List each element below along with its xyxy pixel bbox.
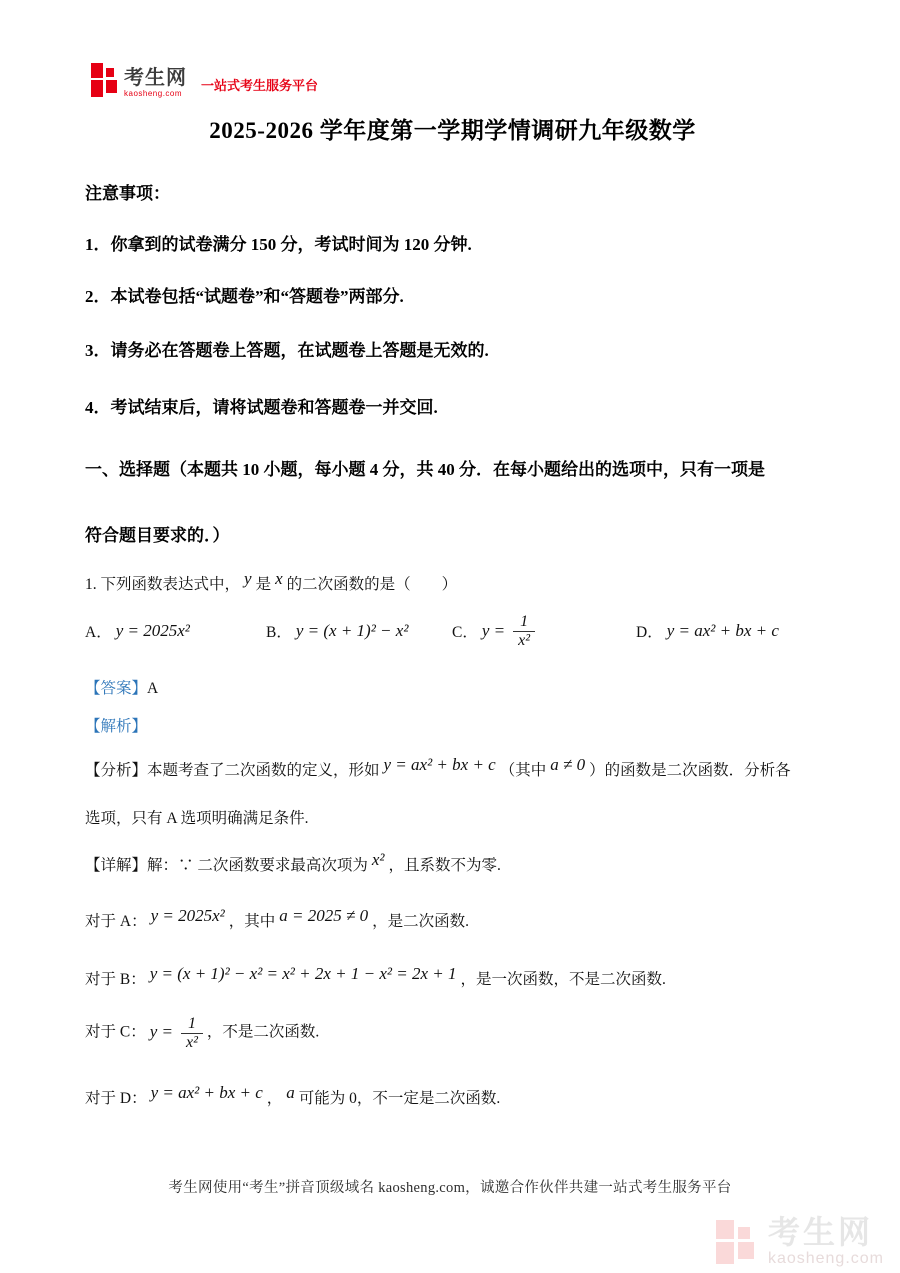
option-d: D．y = ax² + bx + c (636, 620, 820, 642)
detail-c-formula-prefix: y = (150, 1022, 173, 1041)
option-d-formula: y = ax² + bx + c (667, 621, 779, 641)
detail-text: 对于 D： (85, 1090, 147, 1107)
option-a-label: A． (85, 620, 112, 642)
explanation-line: 【解析】 (85, 716, 820, 738)
option-c: C．y =1x² (452, 613, 636, 649)
analysis-paragraph-1: 【分析】本题考查了二次函数的定义，形如y = ax² + bx + c（其中a … (85, 758, 820, 783)
detail-text: 可能为 0，不一定是二次函数. (299, 1090, 501, 1107)
detail-a-formula: y = 2025x² (151, 904, 225, 929)
stem-text: 的二次函数的是（ ） (287, 576, 458, 593)
analysis-formula-quadratic: y = ax² + bx + c (384, 753, 496, 778)
kaosheng-logo-icon (91, 62, 119, 98)
watermark-block (738, 1227, 750, 1239)
option-a-formula: y = 2025x² (116, 621, 190, 641)
kaosheng-watermark-icon (716, 1219, 758, 1265)
watermark-text: 考生网 kaosheng.com (768, 1216, 884, 1267)
notice-item-2: 2．本试卷包括“试题卷”和“答题卷”两部分. (85, 286, 820, 309)
kaosheng-logo: 考生网 kaosheng.com 一站式考生服务平台 (91, 56, 820, 98)
notice-heading: 注意事项： (85, 183, 820, 206)
page-title: 2025-2026 学年度第一学期学情调研九年级数学 (85, 112, 820, 145)
watermark-block (716, 1242, 734, 1264)
notice-item-1: 1．你拿到的试卷满分 150 分，考试时间为 120 分钟. (85, 234, 820, 257)
explanation-tag: 【解析】 (85, 718, 147, 735)
detail-intro: 【详解】解：∵ 二次函数要求最高次项为x²，且系数不为零. (85, 853, 820, 878)
notice-item-3: 3．请务必在答题卷上答题，在试题卷上答题是无效的. (85, 340, 820, 363)
option-c-formula-prefix: y = (482, 621, 505, 641)
fraction-numerator: 1 (515, 613, 533, 631)
question-1-stem: 1. 下列函数表达式中，y是x的二次函数的是（ ） (85, 572, 820, 597)
logo-domain: kaosheng.com (124, 90, 187, 98)
kaosheng-watermark: 考生网 kaosheng.com (716, 1216, 884, 1267)
answer-line: 【答案】A (85, 678, 820, 700)
detail-option-b: 对于 B：y = (x + 1)² − x² = x² + 2x + 1 − x… (85, 967, 820, 992)
notice-item-4: 4．考试结束后，请将试题卷和答题卷一并交回. (85, 397, 820, 420)
stem-text: 1. 下列函数表达式中， (85, 576, 240, 593)
logo-block (106, 80, 117, 93)
detail-text: ，不是二次函数. (207, 1024, 319, 1041)
detail-b-formula: y = (x + 1)² − x² = x² + 2x + 1 − x² = 2… (150, 962, 457, 987)
section-header-line1: 一、选择题（本题共 10 小题，每小题 4 分，共 40 分．在每小题给出的选项… (85, 459, 820, 482)
logo-block (91, 63, 103, 78)
option-c-label: C． (452, 620, 478, 642)
detail-text: 【详解】解：∵ 二次函数要求最高次项为 (85, 857, 368, 874)
logo-block (106, 68, 114, 77)
option-b: B．y = (x + 1)² − x² (266, 620, 452, 642)
stem-text: 是 (256, 576, 272, 593)
analysis-paragraph-2: 选项，只有 A 选项明确满足条件. (85, 808, 820, 830)
analysis-text: 【分析】本题考查了二次函数的定义，形如 (85, 762, 380, 779)
detail-text: ， (267, 1090, 283, 1107)
logo-tagline: 一站式考生服务平台 (201, 75, 318, 98)
detail-option-d: 对于 D：y = ax² + bx + c，a可能为 0，不一定是二次函数. (85, 1086, 820, 1111)
fraction-denominator: x² (513, 631, 535, 650)
detail-option-a: 对于 A：y = 2025x²，其中a = 2025 ≠ 0，是二次函数. (85, 909, 820, 934)
watermark-name: 考生网 (768, 1216, 884, 1248)
option-b-label: B． (266, 620, 292, 642)
analysis-formula-condition: a ≠ 0 (550, 753, 585, 778)
fraction-denominator: x² (181, 1033, 203, 1052)
detail-d-formula: y = ax² + bx + c (151, 1081, 263, 1106)
detail-text: 对于 B： (85, 971, 146, 988)
option-d-label: D． (636, 620, 663, 642)
section-header-line2: 符合题目要求的．） (85, 525, 820, 548)
analysis-text: （其中 (500, 762, 547, 779)
stem-variable-y: y (244, 567, 252, 592)
detail-c-fraction: 1x² (181, 1015, 203, 1051)
detail-text: 对于 C： (85, 1024, 146, 1041)
detail-text: ，是一次函数，不是二次函数. (461, 971, 666, 988)
logo-text: 考生网 kaosheng.com (124, 68, 187, 98)
detail-text: ，且系数不为零. (389, 857, 501, 874)
analysis-text: ）的函数是二次函数．分析各 (589, 762, 791, 779)
question-1-options: A．y = 2025x² B．y = (x + 1)² − x² C．y =1x… (85, 604, 820, 658)
logo-block (91, 80, 103, 97)
fraction-numerator: 1 (183, 1015, 201, 1033)
exam-document-page: 考生网 kaosheng.com 一站式考生服务平台 2025-2026 学年度… (0, 0, 900, 1273)
detail-text: ，其中 (229, 913, 276, 930)
stem-variable-x: x (275, 567, 283, 592)
detail-option-c: 对于 C：y =1x²，不是二次函数. (85, 1015, 820, 1051)
detail-formula-x-squared: x² (372, 848, 385, 873)
detail-text: 对于 A： (85, 913, 147, 930)
option-a: A．y = 2025x² (85, 620, 266, 642)
answer-tag: 【答案】 (85, 680, 147, 697)
watermark-block (738, 1242, 754, 1259)
watermark-domain: kaosheng.com (768, 1251, 884, 1267)
detail-text: ，是二次函数. (372, 913, 469, 930)
detail-a-condition: a = 2025 ≠ 0 (279, 904, 368, 929)
option-c-fraction: 1x² (513, 613, 535, 649)
option-b-formula: y = (x + 1)² − x² (296, 621, 409, 641)
logo-name: 考生网 (124, 68, 187, 88)
watermark-block (716, 1220, 734, 1239)
footer-text: 考生网使用“考生”拼音顶级域名 kaosheng.com，诚邀合作伙伴共建一站式… (0, 1176, 900, 1197)
answer-value: A (147, 680, 158, 697)
detail-d-variable-a: a (286, 1081, 295, 1106)
